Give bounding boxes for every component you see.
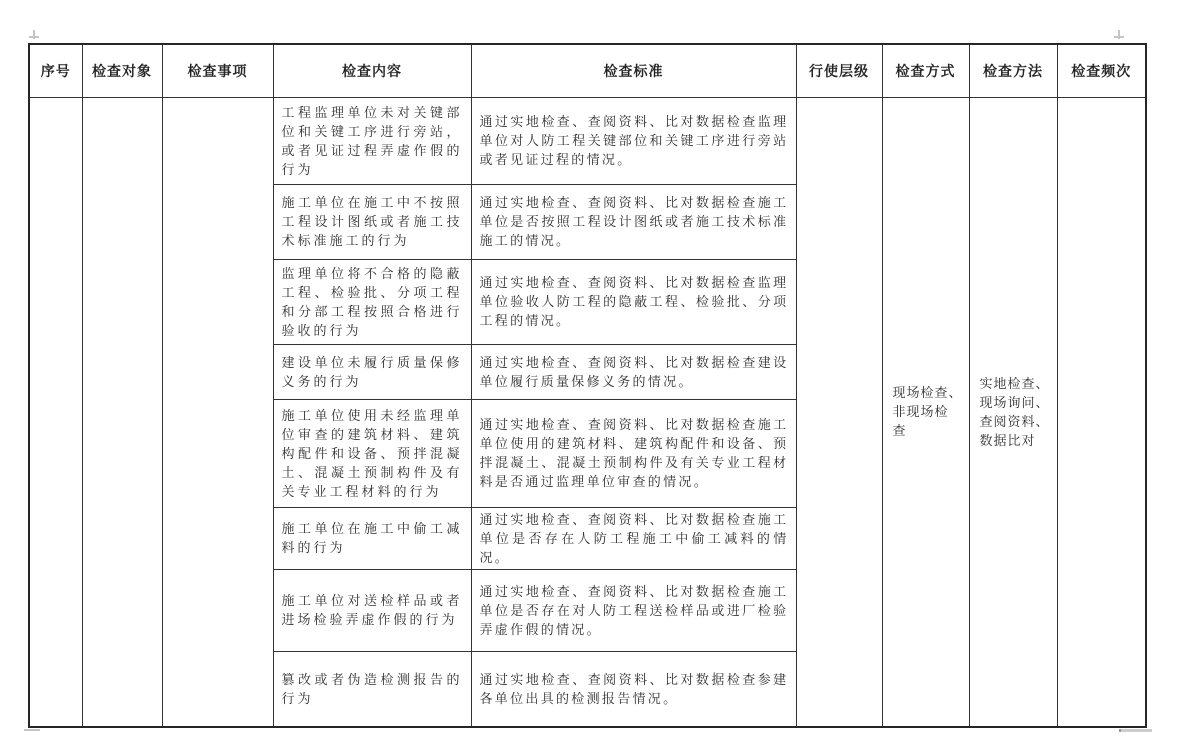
- table-corner-mark-top-left: [29, 36, 39, 38]
- cell-inspection-content[interactable]: 篡改或者伪造检测报告的行为: [273, 651, 471, 727]
- cell-inspection-standard[interactable]: 通过实地检查、查阅资料、比对数据检查监理单位验收人防工程的隐蔽工程、检验批、分项…: [471, 259, 796, 344]
- document-page: 序号 检查对象 检查事项 检查内容 检查标准 行使层级 检查方式 检查方法 检查…: [0, 0, 1183, 754]
- cell-inspection-content[interactable]: 施工单位对送检样品或者进场检验弄虚作假的行为: [273, 569, 471, 651]
- cell-inspection-standard[interactable]: 通过实地检查、查阅资料、比对数据检查施工单位是否按照工程设计图纸或者施工技术标准…: [471, 184, 796, 259]
- table-corner-mark-bottom-left: [24, 729, 40, 731]
- table-corner-mark-top-right: [1114, 36, 1124, 38]
- col-header-inspection-standard[interactable]: 检查标准: [471, 44, 796, 97]
- cell-inspection-standard[interactable]: 通过实地检查、查阅资料、比对数据检查施工单位是否存在对人防工程送检样品或进厂检验…: [471, 569, 796, 651]
- header-row: 序号 检查对象 检查事项 检查内容 检查标准 行使层级 检查方式 检查方法 检查…: [29, 44, 1146, 97]
- col-header-exercise-level[interactable]: 行使层级: [796, 44, 882, 97]
- cell-inspection-content[interactable]: 施工单位使用未经监理单位审查的建筑材料、建筑构配件和设备、预拌混凝土、混凝土预制…: [273, 399, 471, 507]
- cell-inspection-content[interactable]: 工程监理单位未对关键部位和关键工序进行旁站，或者见证过程弄虚作假的行为: [273, 97, 471, 184]
- col-header-serial-number[interactable]: 序号: [29, 44, 82, 97]
- cell-inspection-standard[interactable]: 通过实地检查、查阅资料、比对数据检查施工单位使用的建筑材料、建筑构配件和设备、预…: [471, 399, 796, 507]
- col-header-inspection-content[interactable]: 检查内容: [273, 44, 471, 97]
- cell-inspection-content[interactable]: 施工单位在施工中偷工减料的行为: [273, 507, 471, 569]
- cell-inspection-content[interactable]: 建设单位未履行质量保修义务的行为: [273, 344, 471, 399]
- cell-inspection-standard[interactable]: 通过实地检查、查阅资料、比对数据检查参建各单位出具的检测报告情况。: [471, 651, 796, 727]
- col-header-inspection-object[interactable]: 检查对象: [82, 44, 162, 97]
- col-header-inspection-method[interactable]: 检查方法: [969, 44, 1057, 97]
- cell-inspection-mode[interactable]: 现场检查、 非现场检 查: [882, 97, 969, 727]
- cell-inspection-content[interactable]: 监理单位将不合格的隐蔽工程、检验批、分项工程和分部工程按照合格进行验收的行为: [273, 259, 471, 344]
- table-row: 工程监理单位未对关键部位和关键工序进行旁站，或者见证过程弄虚作假的行为 通过实地…: [29, 97, 1146, 184]
- cell-inspection-standard[interactable]: 通过实地检查、查阅资料、比对数据检查建设单位履行质量保修义务的情况。: [471, 344, 796, 399]
- cell-inspection-matter[interactable]: [162, 97, 273, 727]
- cell-inspection-object[interactable]: [82, 97, 162, 727]
- cell-serial-number[interactable]: [29, 97, 82, 727]
- cell-inspection-frequency[interactable]: [1057, 97, 1146, 727]
- cell-inspection-method[interactable]: 实地检查、 现场询问、 查阅资料、 数据比对: [969, 97, 1057, 727]
- col-header-inspection-frequency[interactable]: 检查频次: [1057, 44, 1146, 97]
- inspection-table: 序号 检查对象 检查事项 检查内容 检查标准 行使层级 检查方式 检查方法 检查…: [28, 43, 1147, 728]
- cell-exercise-level[interactable]: [796, 97, 882, 727]
- cell-inspection-standard[interactable]: 通过实地检查、查阅资料、比对数据检查监理单位对人防工程关键部位和关键工序进行旁站…: [471, 97, 796, 184]
- cell-inspection-content[interactable]: 施工单位在施工中不按照工程设计图纸或者施工技术标准施工的行为: [273, 184, 471, 259]
- table-corner-mark-bottom-right: [1119, 729, 1152, 732]
- col-header-inspection-mode[interactable]: 检查方式: [882, 44, 969, 97]
- col-header-inspection-matter[interactable]: 检查事项: [162, 44, 273, 97]
- cell-inspection-standard[interactable]: 通过实地检查、查阅资料、比对数据检查施工单位是否存在人防工程施工中偷工减料的情况…: [471, 507, 796, 569]
